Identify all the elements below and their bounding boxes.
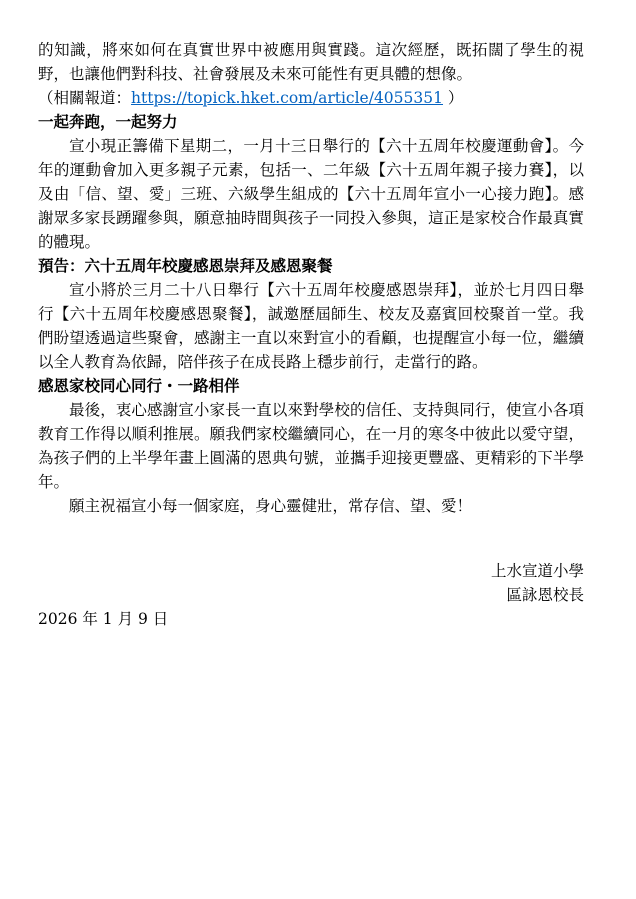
section-home-school-body: 最後，衷心感謝宣小家長一直以來對學校的信任、支持與同行，使宣小各項教育工作得以順… bbox=[38, 398, 584, 494]
section-anniversary-events-heading: 預告：六十五周年校慶感恩崇拜及感恩聚餐 bbox=[38, 254, 584, 278]
related-report-line: （相關報道：https://topick.hket.com/article/40… bbox=[38, 86, 584, 110]
related-report-prefix: （相關報道： bbox=[38, 89, 131, 107]
related-report-link[interactable]: https://topick.hket.com/article/4055351 bbox=[131, 89, 443, 107]
section-anniversary-events-body: 宣小將於三月二十八日舉行【六十五周年校慶感恩崇拜】，並於七月四日舉行【六十五周年… bbox=[38, 278, 584, 374]
intro-paragraph: 的知識，將來如何在真實世界中被應用與實踐。這次經歷，既拓闊了學生的視野，也讓他們… bbox=[38, 38, 584, 86]
signature-block: 上水宣道小學 區詠恩校長 bbox=[38, 559, 584, 607]
school-name: 上水宣道小學 bbox=[38, 559, 584, 583]
section-anniversary-events: 預告：六十五周年校慶感恩崇拜及感恩聚餐 宣小將於三月二十八日舉行【六十五周年校慶… bbox=[38, 254, 584, 374]
section-home-school: 感恩家校同心同行・一路相伴 最後，衷心感謝宣小家長一直以來對學校的信任、支持與同… bbox=[38, 374, 584, 494]
related-report-suffix: ） bbox=[443, 89, 463, 107]
date-line: 2026 年 1 月 9 日 bbox=[38, 607, 584, 631]
section-sports-day-heading: 一起奔跑，一起努力 bbox=[38, 110, 584, 134]
section-sports-day: 一起奔跑，一起努力 宣小現正籌備下星期二，一月十三日舉行的【六十五周年校慶運動會… bbox=[38, 110, 584, 254]
section-sports-day-body: 宣小現正籌備下星期二，一月十三日舉行的【六十五周年校慶運動會】。今年的運動會加入… bbox=[38, 134, 584, 254]
principal-name: 區詠恩校長 bbox=[38, 583, 584, 607]
document-page: 的知識，將來如何在真實世界中被應用與實踐。這次經歷，既拓闊了學生的視野，也讓他們… bbox=[0, 0, 636, 899]
section-home-school-heading: 感恩家校同心同行・一路相伴 bbox=[38, 374, 584, 398]
blessing-line: 願主祝福宣小每一個家庭，身心靈健壯，常存信、望、愛！ bbox=[38, 494, 584, 518]
